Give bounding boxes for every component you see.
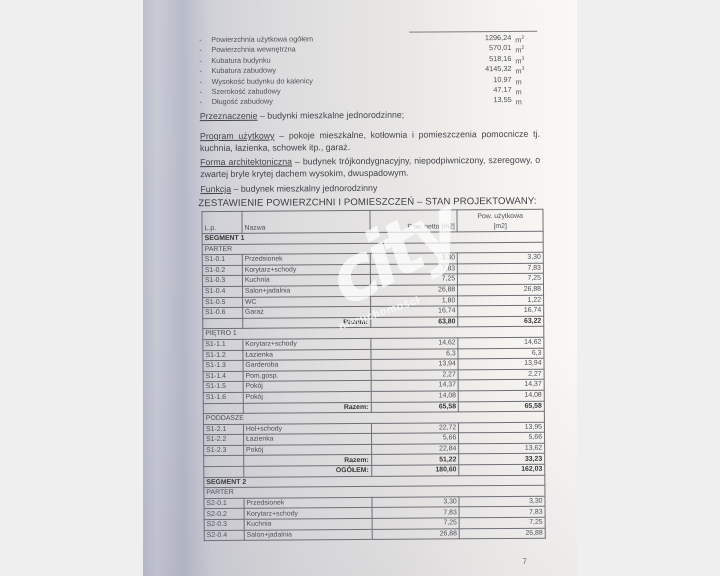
cell-lp: S1-1.4: [203, 371, 243, 382]
cell-netto: 7,83: [370, 264, 458, 275]
parameter-label: Wysokość budynku do kalenicy: [212, 76, 313, 87]
cell-netto: 14,62: [370, 338, 458, 349]
cell-uzytkowa: 13,95: [459, 422, 545, 433]
unit-exponent: 3: [522, 66, 525, 72]
cell-netto: 26,88: [372, 528, 460, 539]
term-program: Program użytkowy: [200, 131, 275, 142]
cell-lp: S2-0.2: [204, 509, 244, 520]
cell-uzytkowa: 3,30: [457, 252, 543, 263]
cell-empty: [204, 466, 244, 477]
cell-uzytkowa: 26,88: [459, 528, 545, 539]
cell-uzytkowa: 3,30: [459, 496, 545, 507]
cell-lp: S1-0.6: [203, 307, 243, 318]
sum-uzytkowa: 33,23: [459, 454, 545, 465]
cell-uzytkowa: 14,62: [458, 337, 544, 348]
cell-netto: 2,27: [371, 370, 459, 381]
bullet-dash: -: [199, 35, 202, 45]
cell-name: Salon+jadalnia: [244, 529, 372, 540]
cell-uzytkowa: 16,74: [458, 305, 544, 316]
parameter-label: Długość zabudowy: [212, 97, 273, 108]
sum-uzytkowa: 63,22: [458, 316, 544, 327]
table-title: ZESTAWIENIE POWIERZCHNI I POMIESZCZEŃ – …: [198, 196, 536, 209]
sum-uzytkowa: 162,03: [459, 464, 545, 475]
paragraph-forma: Forma architektoniczna – budynek trójkon…: [200, 155, 540, 180]
document-photo: -Powierzchnia użytkowa ogółem1296,24m2-P…: [143, 0, 577, 576]
parameter-value: 4145,32: [485, 64, 511, 75]
cell-netto: 7,25: [370, 274, 458, 285]
cell-netto: 13,94: [371, 359, 459, 370]
page-number: 7: [522, 557, 527, 566]
cell-uzytkowa: 13,62: [459, 443, 545, 454]
sum-netto: 51,22: [371, 454, 459, 465]
cell-uzytkowa: 5,66: [459, 432, 545, 443]
header-lp: L.p.: [202, 211, 242, 233]
cell-uzytkowa: 7,83: [459, 507, 545, 518]
paragraph-przeznaczenie: Przeznaczenie – budynki mieszkalne jedno…: [200, 109, 540, 123]
cell-lp: S1-0.1: [202, 255, 242, 266]
parameter-label: Powierzchnia użytkowa ogółem: [211, 34, 313, 45]
parameter-value: 570,01: [489, 43, 511, 54]
cell-uzytkowa: 7,25: [459, 517, 545, 528]
cell-lp: S1-0.3: [202, 276, 242, 287]
cell-lp: S1-1.3: [203, 360, 243, 371]
cell-uzytkowa: 1,22: [458, 295, 544, 306]
unit-base: m: [516, 98, 522, 107]
bullet-dash: -: [199, 66, 202, 76]
rooms-table: L.p. Nazwa Pow. netto [m2] Pow. użytkowa…: [201, 209, 545, 542]
cell-lp: S1-1.5: [203, 382, 243, 393]
cell-uzytkowa: 6,3: [458, 348, 544, 359]
term-forma: Forma architektoniczna: [200, 156, 292, 167]
parameter-label: Powierzchnia wewnętrzna: [211, 45, 295, 56]
header-name: Nazwa: [242, 210, 370, 233]
cell-uzytkowa: 14,37: [458, 380, 544, 391]
term-przeznaczenie: Przeznaczenie: [200, 111, 258, 121]
sum-label: Razem:: [244, 455, 372, 466]
cell-netto: 3,30: [370, 253, 458, 264]
sum-uzytkowa: 65,58: [459, 401, 545, 412]
cell-uzytkowa: 13,94: [458, 358, 544, 369]
parameter-value: 47,17: [493, 85, 511, 96]
bullet-dash: -: [200, 87, 203, 97]
cell-netto: 14,08: [371, 391, 459, 402]
unit-exponent: 2: [521, 45, 524, 51]
parameter-value: 1296,24: [485, 33, 511, 44]
header-uzytkowa-line1: Pow. użytkowa: [477, 213, 523, 220]
cell-uzytkowa: 26,88: [458, 284, 544, 295]
cell-lp: S1-1.1: [203, 339, 243, 350]
cell-uzytkowa: 7,25: [458, 274, 544, 285]
header-netto: Pow. netto [m2]: [369, 210, 457, 233]
unit-exponent: 3: [521, 56, 524, 62]
header-uzytkowa-line2: [m2]: [493, 223, 506, 230]
bullet-dash: -: [200, 77, 203, 87]
cell-lp: S1-2.2: [204, 435, 244, 446]
cell-uzytkowa: 7,83: [458, 263, 544, 274]
term-funkcja: Funkcja: [200, 184, 231, 194]
sum-netto: 63,80: [370, 317, 458, 328]
cell-netto: 22,84: [371, 444, 459, 455]
parameter-label: Kubatura zabudowy: [211, 66, 276, 77]
cell-lp: S2-0.4: [204, 530, 244, 541]
sum-label: Razem:: [243, 317, 371, 328]
parameter-label: Szerokość zabudowy: [212, 87, 281, 98]
cell-lp: S2-0.3: [204, 519, 244, 530]
parameter-unit: m: [516, 95, 538, 108]
cell-empty: [203, 318, 243, 329]
cell-empty: [203, 403, 243, 414]
parameter-value: 10,97: [493, 74, 511, 85]
cell-netto: 7,83: [372, 507, 460, 518]
text-funkcja: – budynek mieszkalny jednorodzinny: [231, 183, 377, 194]
cell-netto: 3,30: [371, 497, 459, 508]
bullet-dash: -: [200, 97, 203, 107]
cell-lp: S1-1.2: [203, 350, 243, 361]
bullet-dash: -: [199, 45, 202, 55]
cell-netto: 22,72: [371, 423, 459, 434]
cell-netto: 5,66: [371, 433, 459, 444]
parameter-value: 518,16: [489, 54, 511, 65]
paragraph-funkcja: Funkcja – budynek mieszkalny jednorodzin…: [200, 182, 540, 196]
parameter-value: 13,55: [493, 95, 511, 106]
bullet-dash: -: [199, 56, 202, 66]
parameter-label: Kubatura budynku: [211, 55, 270, 66]
document-page: -Powierzchnia użytkowa ogółem1296,24m2-P…: [143, 0, 577, 576]
cell-netto: 26,88: [370, 285, 458, 296]
building-parameters-list: -Powierzchnia użytkowa ogółem1296,24m2-P…: [199, 33, 539, 108]
cell-lp: S1-0.5: [203, 297, 243, 308]
paragraph-program: Program użytkowy – pokoje mieszkalne, ko…: [200, 129, 540, 154]
unit-exponent: 2: [521, 35, 524, 41]
cell-lp: S1-2.3: [204, 445, 244, 456]
cell-netto: 6,3: [370, 348, 458, 359]
cell-netto: 1,80: [370, 295, 458, 306]
sum-label: OGÓŁEM:: [244, 465, 372, 476]
sum-netto: 180,60: [371, 465, 459, 476]
cell-lp: S1-1.6: [203, 392, 243, 403]
cell-netto: 7,25: [372, 518, 460, 529]
parameter-row: -Długość zabudowy13,55m: [200, 95, 540, 108]
header-uzytkowa: Pow. użytkowa[m2]: [457, 209, 543, 232]
cell-uzytkowa: 2,27: [458, 369, 544, 380]
text-przeznaczenie: – budynki mieszkalne jednorodzinne;: [257, 110, 404, 121]
cell-netto: 16,74: [370, 306, 458, 317]
cell-lp: S2-0.1: [204, 498, 244, 509]
cell-lp: S1-0.2: [202, 265, 242, 276]
cell-empty: [204, 456, 244, 467]
cell-lp: S1-2.1: [203, 424, 243, 435]
cell-uzytkowa: 14,08: [458, 390, 544, 401]
sum-netto: 65,58: [371, 401, 459, 412]
cell-netto: 14,37: [371, 380, 459, 391]
table-header-row: L.p. Nazwa Pow. netto [m2] Pow. użytkowa…: [202, 209, 543, 233]
cell-lp: S1-0.4: [202, 286, 242, 297]
sum-label: Razem:: [243, 402, 371, 413]
table-row: S2-0.4Salon+jadalnia26,8826,88: [204, 528, 545, 541]
